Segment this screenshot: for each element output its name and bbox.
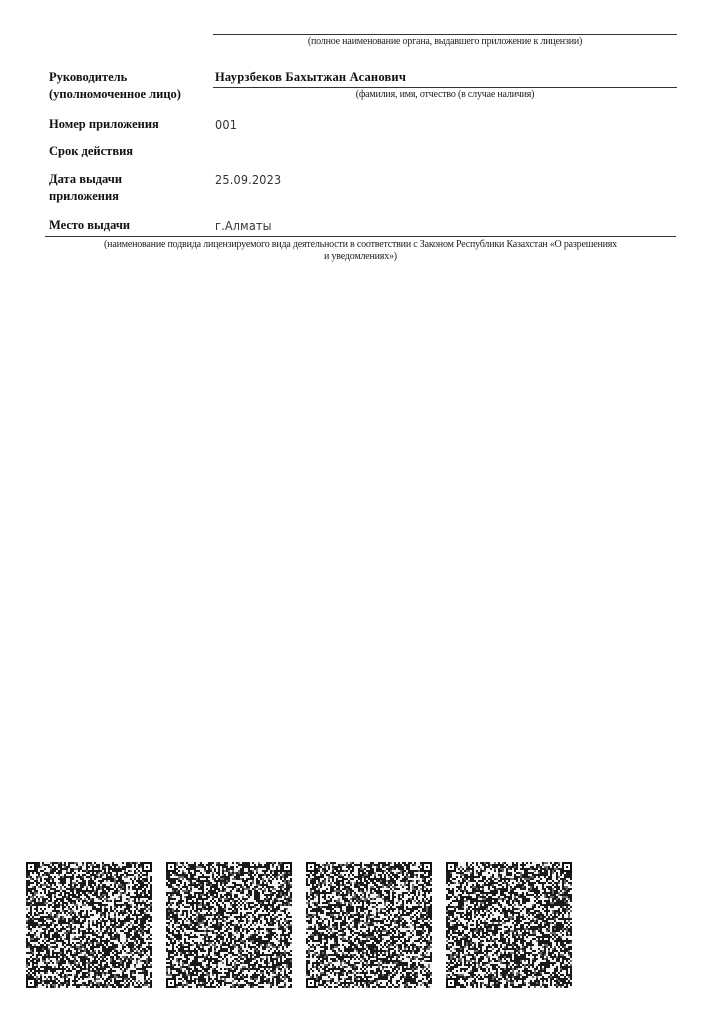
qr-code-4 xyxy=(446,862,572,988)
qr-code-2 xyxy=(166,862,292,988)
head-label: Руководитель (уполномоченное лицо) xyxy=(49,69,181,103)
appendix-number-value: 001 xyxy=(215,116,237,133)
validity-label: Срок действия xyxy=(49,143,133,160)
qr-code-3 xyxy=(306,862,432,988)
subtype-caption: (наименование подвида лицензируемого вид… xyxy=(40,239,681,263)
subtype-caption-line1: (наименование подвида лицензируемого вид… xyxy=(40,239,681,251)
appendix-number-label: Номер приложения xyxy=(49,116,159,133)
head-caption: (фамилия, имя, отчество (в случае наличи… xyxy=(213,89,677,101)
head-underline xyxy=(213,87,677,88)
qr-code-1 xyxy=(26,862,152,988)
head-label-line1: Руководитель xyxy=(49,69,181,86)
issue-date-label-line2: приложения xyxy=(49,188,122,205)
issuer-underline xyxy=(213,34,677,35)
subtype-underline xyxy=(45,236,676,237)
head-name-value: Наурзбеков Бахытжан Асанович xyxy=(215,69,406,86)
issue-place-value: г.Алматы xyxy=(215,217,272,234)
issue-place-label: Место выдачи xyxy=(49,217,130,234)
issue-date-label-line1: Дата выдачи xyxy=(49,171,122,188)
head-label-line2: (уполномоченное лицо) xyxy=(49,86,181,103)
issuer-caption: (полное наименование органа, выдавшего п… xyxy=(213,36,677,48)
issue-date-value: 25.09.2023 xyxy=(215,171,281,188)
issue-date-label: Дата выдачи приложения xyxy=(49,171,122,205)
subtype-caption-line2: и уведомлениях») xyxy=(40,251,681,263)
